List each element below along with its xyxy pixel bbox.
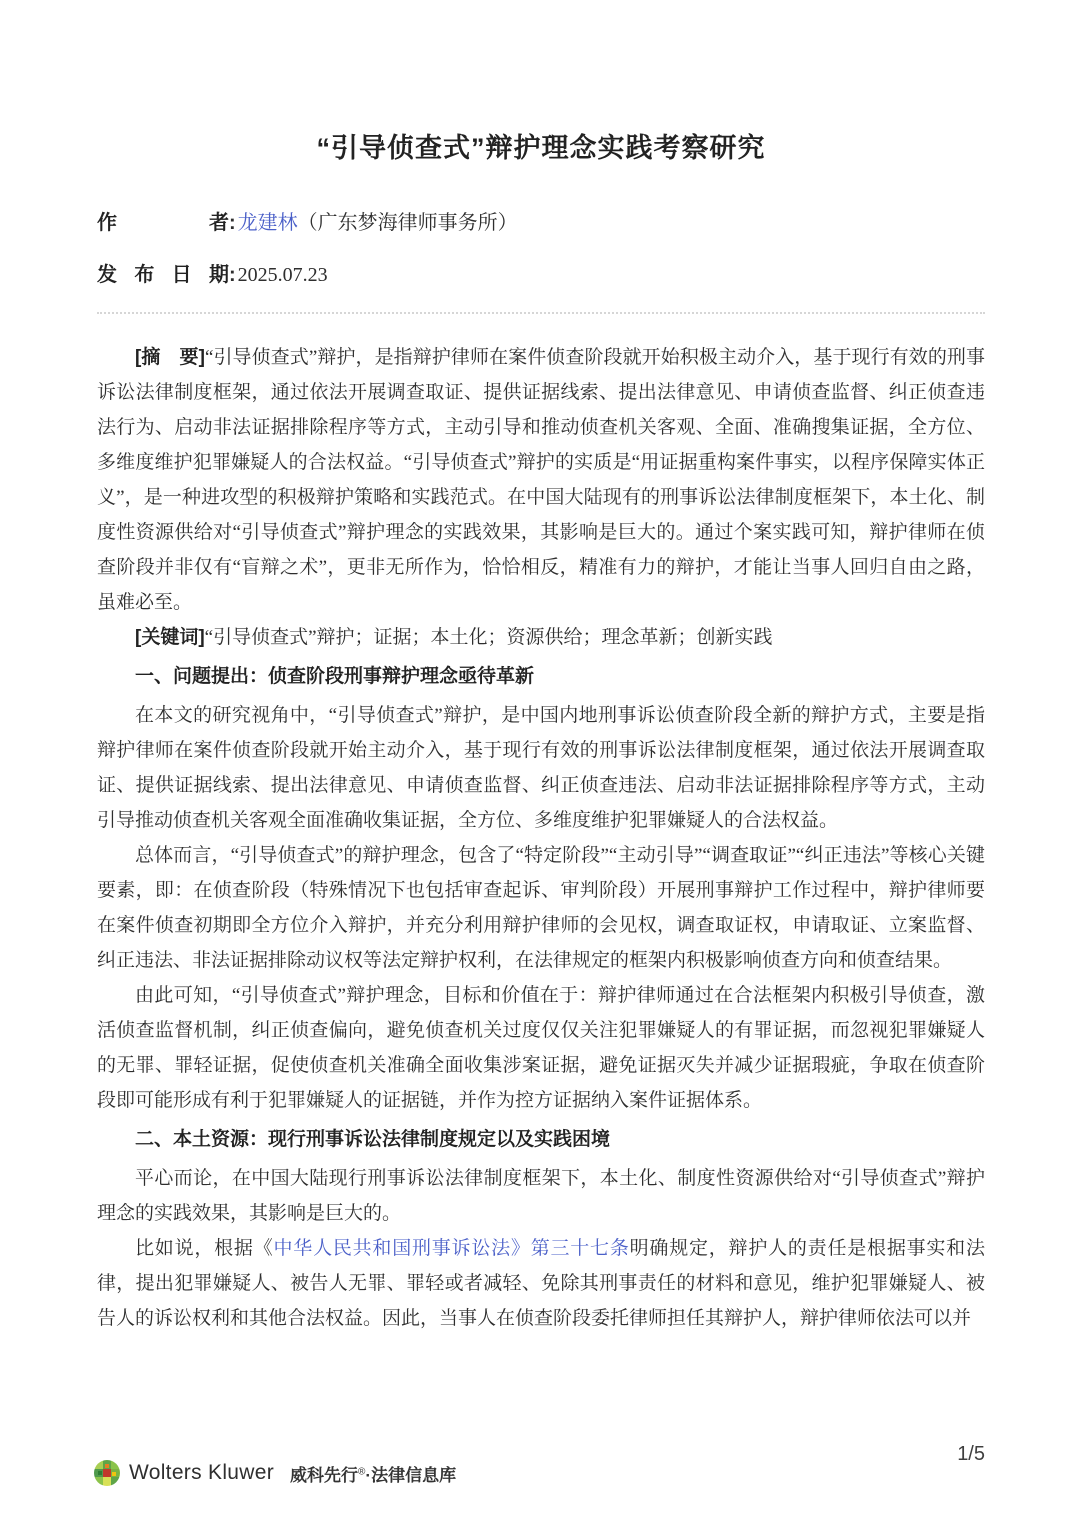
keywords-text: “引导侦查式”辩护；证据；本土化；资源供给；理念革新；创新实践	[205, 627, 773, 648]
publish-date-value: 2025.07.23	[238, 260, 328, 290]
abstract-label: [摘 要]	[135, 347, 205, 368]
wolters-kluwer-globe-icon	[94, 1460, 120, 1486]
document-page: “引导侦查式”辩护理念实践考察研究 作 者:龙建林（广东梦海律师事务所） 发 布…	[0, 0, 1080, 1528]
section-heading-2: 二、本土资源：现行刑事诉讼法律制度规定以及实践困境	[97, 1122, 985, 1157]
paragraph-3: 由此可知，“引导侦查式”辩护理念，目标和价值在于：辩护律师通过在合法框架内积极引…	[97, 978, 985, 1118]
brand-name-en: Wolters Kluwer	[129, 1461, 274, 1485]
footer-brand: Wolters Kluwer 威科先行®·法律信息库	[94, 1460, 456, 1486]
author-label: 作 者	[97, 208, 229, 238]
paragraph-2: 总体而言，“引导侦查式”的辩护理念，包含了“特定阶段”“主动引导”“调查取证”“…	[97, 838, 985, 978]
brand-cn-text: 威科先行	[290, 1466, 358, 1485]
document-content: “引导侦查式”辩护理念实践考察研究 作 者:龙建林（广东梦海律师事务所） 发 布…	[97, 0, 985, 1336]
law-article-link[interactable]: 第三十七条	[531, 1238, 630, 1259]
paragraph-4: 平心而论，在中国大陆现行刑事诉讼法律制度框架下，本土化、制度性资源供给对“引导侦…	[97, 1161, 985, 1231]
publish-date-label: 发 布 日 期	[97, 260, 229, 290]
product-name-cn: ·法律信息库	[365, 1466, 456, 1485]
document-meta: 作 者:龙建林（广东梦海律师事务所） 发 布 日 期:2025.07.23	[97, 208, 985, 290]
author-row: 作 者:龙建林（广东梦海律师事务所）	[97, 208, 985, 238]
page-number: 1/5	[957, 1443, 985, 1466]
paragraph-5-prefix: 比如说，根据《	[135, 1238, 274, 1259]
abstract-paragraph: [摘 要]“引导侦查式”辩护，是指辩护律师在案件侦查阶段就开始积极主动介入，基于…	[97, 340, 985, 620]
article-body: [摘 要]“引导侦查式”辩护，是指辩护律师在案件侦查阶段就开始积极主动介入，基于…	[97, 340, 985, 1336]
author-affiliation: （广东梦海律师事务所）	[298, 208, 518, 238]
paragraph-5: 比如说，根据《中华人民共和国刑事诉讼法》第三十七条明确规定，辩护人的责任是根据事…	[97, 1231, 985, 1336]
page-title: “引导侦查式”辩护理念实践考察研究	[97, 128, 985, 168]
paragraph-1: 在本文的研究视角中，“引导侦查式”辩护，是中国内地刑事诉讼侦查阶段全新的辩护方式…	[97, 698, 985, 838]
abstract-text: “引导侦查式”辩护，是指辩护律师在案件侦查阶段就开始积极主动介入，基于现行有效的…	[97, 347, 985, 613]
date-colon: :	[229, 260, 236, 290]
publish-date-row: 发 布 日 期:2025.07.23	[97, 260, 985, 290]
dotted-divider	[97, 312, 985, 314]
author-colon: :	[229, 208, 236, 238]
law-title-link[interactable]: 中华人民共和国刑事诉讼法》	[274, 1238, 531, 1259]
section-heading-1: 一、问题提出：侦查阶段刑事辩护理念亟待革新	[97, 659, 985, 694]
author-link[interactable]: 龙建林	[238, 208, 298, 238]
keywords-paragraph: [关键词]“引导侦查式”辩护；证据；本土化；资源供给；理念革新；创新实践	[97, 620, 985, 655]
keywords-label: [关键词]	[135, 627, 205, 648]
brand-name-cn: 威科先行®·法律信息库	[290, 1461, 456, 1486]
